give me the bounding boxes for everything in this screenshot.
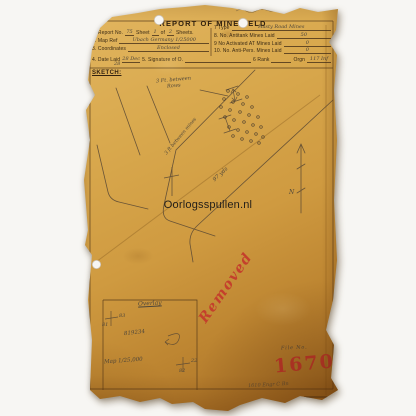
road-distance-label: 97 yds [212,166,229,183]
sheets-label: Sheets. [176,30,194,36]
row-spacing-note-line2: Rows [167,82,181,89]
document-content: REPORT OF MINEFIELD 1. Report No. 75 She… [78,4,340,412]
grid-cross2-right-label: 22 [191,358,197,364]
report-no-label: 1. Report No. [92,30,123,36]
map-ref-row: 2. Map Ref Ubach Germany 1/25000 [92,38,209,44]
photo-of-minefield-report: REPORT OF MINEFIELD 1. Report No. 75 She… [0,0,416,416]
north-label: N [289,189,294,196]
date-laid-value: 28 Dec [122,57,140,63]
shop-watermark: Oorlogsspullen.nl [128,199,288,211]
punch-hole [92,260,101,269]
mine-spacing-note: 3 ft between mines [164,117,198,156]
signature-value [185,62,251,63]
activated-row: 9 No Activated AT Mines Laid 0 [214,41,331,47]
type-row: 7 Type Hasty Road Mines [214,25,331,31]
date-signature-rank-row: 4. Date Laid 28 Dec 5. Signature of O. 6… [92,57,331,63]
removed-annotation: Removed [196,250,256,326]
grid-cross1-right-label: 83 [119,313,125,319]
activated-value: 0 [284,41,331,47]
sheet-value: 1 [152,30,159,36]
map-ref-value: Ubach Germany 1/25000 [119,38,209,44]
of-label: of [161,30,165,36]
minefield-report-paper: REPORT OF MINEFIELD 1. Report No. 75 She… [78,4,340,412]
orgn-value: 117 Inf [307,57,331,63]
file-no-label: File No. [281,345,308,352]
map-scale-note: Map 1/25,000 [104,357,143,366]
grid-cross1-below-label: 81 [102,322,108,328]
sheet-label: Sheet [136,30,150,36]
report-no-value: 75 [125,30,134,36]
grid-cross2-below-label: 82 [179,368,185,374]
map-ref-label: 2. Map Ref [92,38,117,44]
report-no-row: 1. Report No. 75 Sheet 1 of 2 Sheets. [92,30,209,36]
unit-pencil-line: 1610 Engr C Bn [248,381,289,389]
signature-label: 5. Signature of O. [142,57,183,63]
coordinates-value: Enclosed [128,46,209,52]
sheets-value: 2 [167,30,174,36]
punch-hole [154,15,164,25]
ap-mines-label: 10. No. Anti-Pers. Mines Laid [214,48,282,54]
punch-hole [238,18,248,28]
date-laid-repeat: 28 [114,61,120,67]
paper-shadow: REPORT OF MINEFIELD 1. Report No. 75 She… [0,0,416,416]
rank-value [271,62,291,63]
type-label: 7 Type [214,25,230,31]
activated-label: 9 No Activated AT Mines Laid [214,41,282,47]
grid-reference: 819234 [124,329,146,337]
rank-label: 6 Rank [253,57,269,63]
ap-mines-row: 10. No. Anti-Pers. Mines Laid 0 [214,48,331,54]
coordinates-label: 3. Coordinates [92,46,126,52]
coordinates-row: 3. Coordinates Enclosed [92,46,209,52]
at-mines-value: 50 [277,33,331,39]
file-number: 1670 [273,350,336,377]
at-mines-label: 8. No. Antitank Mines Laid [214,33,275,39]
at-mines-row: 8. No. Antitank Mines Laid 50 [214,33,331,39]
sketch-section-label: SKETCH: [92,70,121,76]
ap-mines-value: 0 [284,48,331,54]
overlay-title: Overlay [138,299,162,307]
orgn-label: Orgn [293,57,305,63]
